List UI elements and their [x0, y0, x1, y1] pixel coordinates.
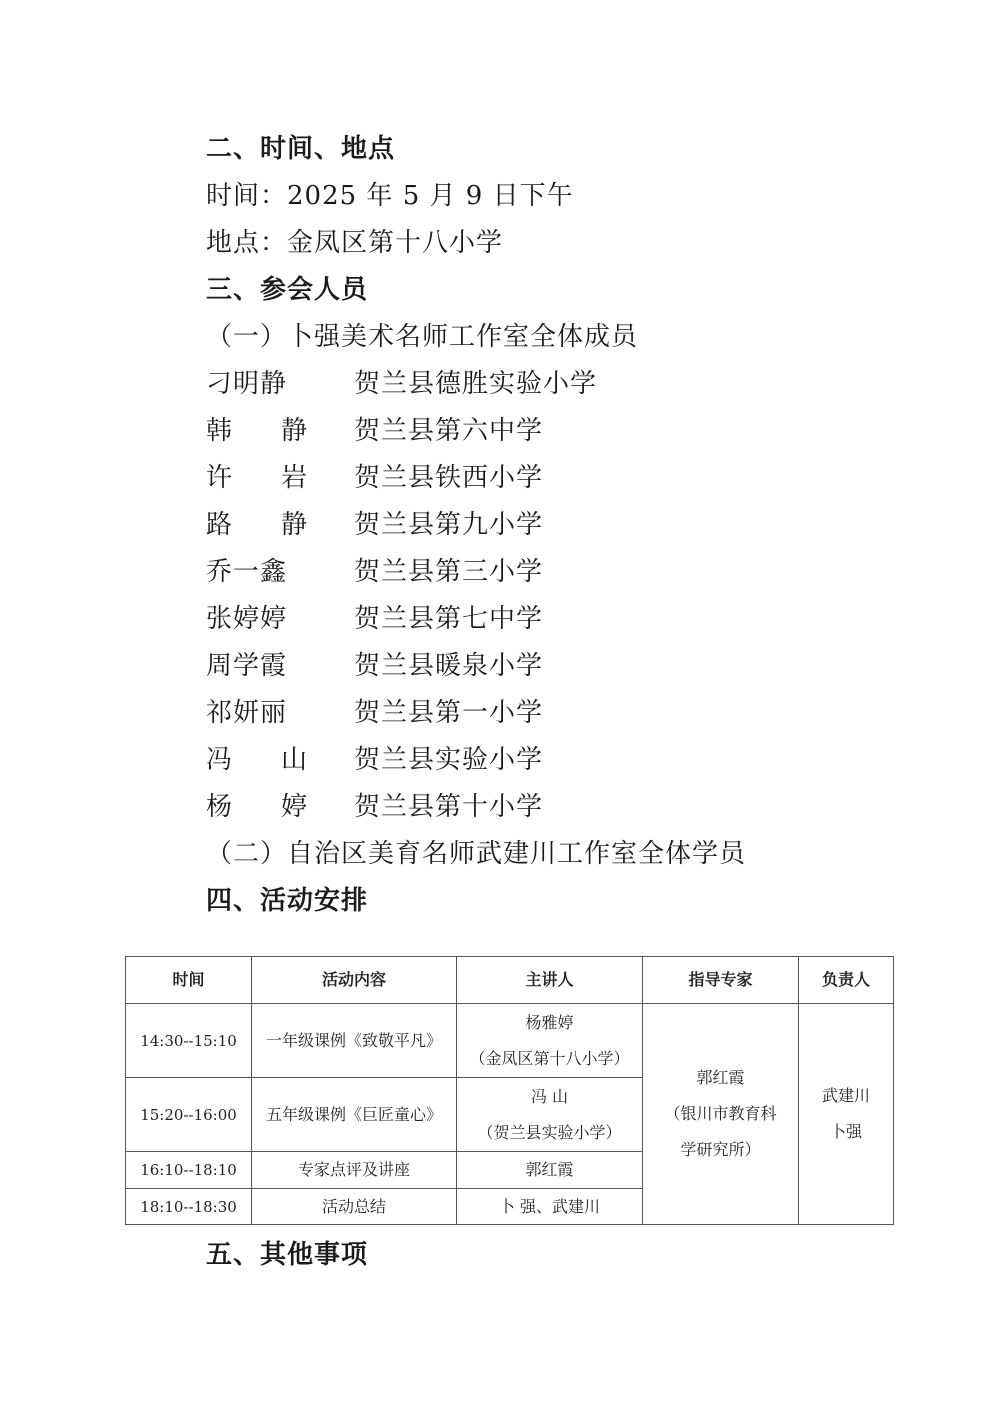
member-row: 冯山贺兰县实验小学: [206, 745, 543, 775]
cell-speaker: 卜 强、武建川: [457, 1189, 643, 1225]
event-time: 时间：2025 年 5 月 9 日下午: [206, 181, 574, 211]
header-owner: 负责人: [799, 957, 894, 1004]
owner-line1: 武建川: [799, 1078, 893, 1114]
member-name: 张婷婷: [206, 604, 354, 634]
member-school: 贺兰县第十小学: [354, 792, 543, 822]
member-name: 韩静: [206, 416, 354, 446]
member-school: 贺兰县第九小学: [354, 510, 543, 540]
table-row: 14:30--15:10 一年级课例《致敬平凡》 杨雅婷 （金凤区第十八小学） …: [126, 1004, 894, 1078]
table-header-row: 时间 活动内容 主讲人 指导专家 负责人: [126, 957, 894, 1004]
speaker-org: （金凤区第十八小学）: [457, 1041, 642, 1077]
member-row: 周学霞贺兰县暖泉小学: [206, 651, 543, 681]
cell-time: 18:10--18:30: [126, 1189, 252, 1225]
member-school: 贺兰县第三小学: [354, 557, 543, 587]
cell-time: 14:30--15:10: [126, 1004, 252, 1078]
member-row: 韩静贺兰县第六中学: [206, 416, 543, 446]
header-expert: 指导专家: [643, 957, 799, 1004]
member-name: 刁明静: [206, 369, 354, 399]
schedule-table: 时间 活动内容 主讲人 指导专家 负责人 14:30--15:10 一年级课例《…: [125, 956, 894, 1225]
member-school: 贺兰县第七中学: [354, 604, 543, 634]
member-school: 贺兰县铁西小学: [354, 463, 543, 493]
member-school: 贺兰县实验小学: [354, 745, 543, 775]
expert-org-line1: （银川市教育科: [643, 1096, 798, 1132]
member-row: 路静贺兰县第九小学: [206, 510, 543, 540]
cell-content: 五年级课例《巨匠童心》: [252, 1078, 457, 1152]
section-heading-time-place: 二、时间、地点: [206, 134, 395, 164]
expert-org-line2: 学研究所）: [643, 1132, 798, 1168]
member-name: 许岩: [206, 463, 354, 493]
group1-title: （一）卜强美术名师工作室全体成员: [206, 322, 638, 352]
cell-content: 活动总结: [252, 1189, 457, 1225]
member-school: 贺兰县德胜实验小学: [354, 369, 597, 399]
member-school: 贺兰县第一小学: [354, 698, 543, 728]
member-name: 周学霞: [206, 651, 354, 681]
speaker-name: 冯 山: [457, 1079, 642, 1115]
owner-line2: 卜强: [799, 1114, 893, 1150]
section-heading-other: 五、其他事项: [206, 1240, 368, 1270]
member-name: 杨婷: [206, 792, 354, 822]
member-name: 路静: [206, 510, 354, 540]
member-name: 冯山: [206, 745, 354, 775]
cell-content: 专家点评及讲座: [252, 1152, 457, 1189]
member-name: 乔一鑫: [206, 557, 354, 587]
member-row: 乔一鑫贺兰县第三小学: [206, 557, 543, 587]
header-speaker: 主讲人: [457, 957, 643, 1004]
section-heading-attendees: 三、参会人员: [206, 275, 368, 305]
cell-owner: 武建川 卜强: [799, 1004, 894, 1225]
expert-name: 郭红霞: [643, 1060, 798, 1096]
cell-time: 15:20--16:00: [126, 1078, 252, 1152]
speaker-org: （贺兰县实验小学）: [457, 1115, 642, 1151]
cell-speaker: 杨雅婷 （金凤区第十八小学）: [457, 1004, 643, 1078]
cell-speaker: 冯 山 （贺兰县实验小学）: [457, 1078, 643, 1152]
header-time: 时间: [126, 957, 252, 1004]
cell-expert: 郭红霞 （银川市教育科 学研究所）: [643, 1004, 799, 1225]
member-row: 张婷婷贺兰县第七中学: [206, 604, 543, 634]
cell-content: 一年级课例《致敬平凡》: [252, 1004, 457, 1078]
speaker-name: 杨雅婷: [457, 1005, 642, 1041]
member-school: 贺兰县暖泉小学: [354, 651, 543, 681]
member-row: 杨婷贺兰县第十小学: [206, 792, 543, 822]
event-place: 地点：金凤区第十八小学: [206, 228, 503, 258]
section-heading-schedule: 四、活动安排: [206, 886, 368, 916]
header-content: 活动内容: [252, 957, 457, 1004]
group2-title: （二）自治区美育名师武建川工作室全体学员: [206, 839, 746, 869]
member-row: 许岩贺兰县铁西小学: [206, 463, 543, 493]
member-school: 贺兰县第六中学: [354, 416, 543, 446]
member-name: 祁妍丽: [206, 698, 354, 728]
member-row: 祁妍丽贺兰县第一小学: [206, 698, 543, 728]
cell-time: 16:10--18:10: [126, 1152, 252, 1189]
cell-speaker: 郭红霞: [457, 1152, 643, 1189]
member-row: 刁明静贺兰县德胜实验小学: [206, 369, 597, 399]
